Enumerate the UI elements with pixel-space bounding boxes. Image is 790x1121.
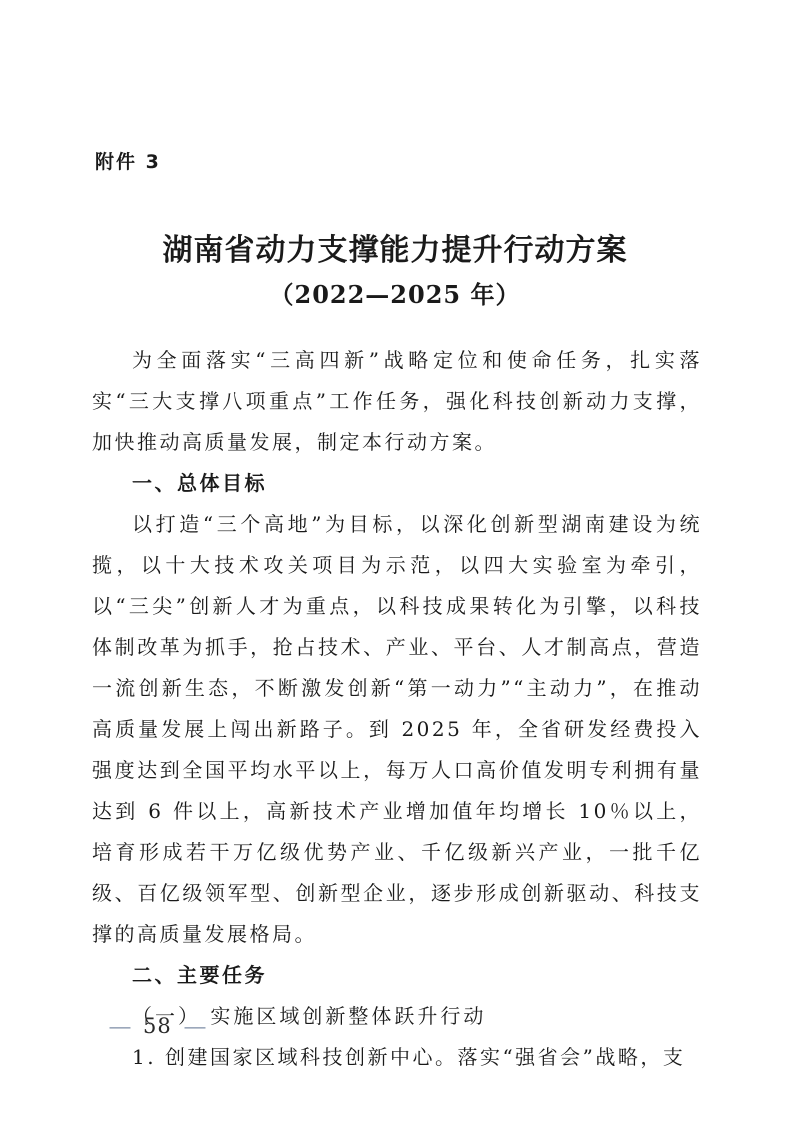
- page-footer: — 58 —: [110, 1014, 205, 1038]
- document-subtitle: （2022—2025 年）: [0, 275, 790, 310]
- paragraph-task-1: 1. 创建国家区域科技创新中心。落实“强省会”战略，支: [92, 1037, 702, 1078]
- document-title: 湖南省动力支撑能力提升行动方案: [0, 225, 790, 269]
- page-number: 58: [143, 1014, 172, 1038]
- footer-dash-right: —: [183, 1014, 206, 1038]
- paragraph-preamble: 为全面落实“三高四新”战略定位和使命任务，扎实落实“三大支撑八项重点”工作任务，…: [92, 340, 702, 463]
- section-heading-overall-goals: 一、总体目标: [92, 463, 702, 504]
- document-body: 为全面落实“三高四新”战略定位和使命任务，扎实落实“三大支撑八项重点”工作任务，…: [92, 340, 702, 1078]
- paragraph-overall-goals: 以打造“三个高地”为目标，以深化创新型湖南建设为统揽，以十大技术攻关项目为示范，…: [92, 504, 702, 955]
- document-page: 附件 3 湖南省动力支撑能力提升行动方案 （2022—2025 年） 为全面落实…: [0, 0, 790, 1121]
- section-heading-main-tasks: 二、主要任务: [92, 955, 702, 996]
- attachment-label: 附件 3: [95, 147, 161, 174]
- footer-dash-left: —: [109, 1014, 132, 1038]
